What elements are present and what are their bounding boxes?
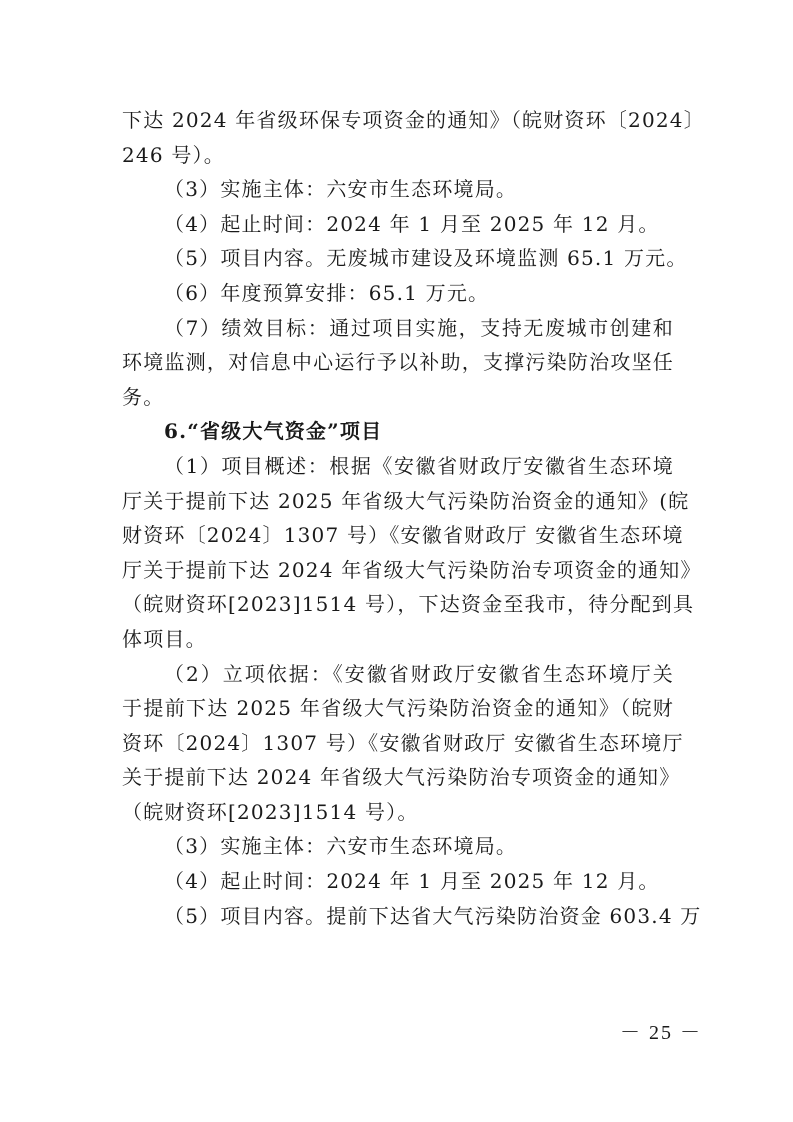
text-line: （2）立项依据：《安徽省财政厅安徽省生态环境厅关 — [122, 657, 674, 692]
page-number: － 25 － — [620, 1016, 702, 1045]
text-line: 环境监测，对信息中心运行予以补助，支撑污染防治攻坚任 — [122, 345, 674, 380]
text-line: 财资环〔2024〕1307 号）《安徽省财政厅 安徽省生态环境 — [122, 518, 674, 553]
text-line: 于提前下达 2025 年省级大气污染防治资金的通知》（皖财 — [122, 691, 674, 726]
text-line: 关于提前下达 2024 年省级大气污染防治专项资金的通知》 — [122, 760, 674, 795]
text-line: （6）年度预算安排：65.1 万元。 — [122, 276, 674, 311]
text-line: （皖财资环[2023]1514 号），下达资金至我市，待分配到具 — [122, 587, 674, 622]
text-line: （4）起止时间：2024 年 1 月至 2025 年 12 月。 — [122, 207, 674, 242]
text-line: 体项目。 — [122, 622, 674, 657]
text-line: （1）项目概述：根据《安徽省财政厅安徽省生态环境 — [122, 449, 674, 484]
text-line: （7）绩效目标：通过项目实施，支持无废城市创建和 — [122, 311, 674, 346]
text-line: 厅关于提前下达 2024 年省级大气污染防治专项资金的通知》 — [122, 553, 674, 588]
text-line: （5）项目内容。无废城市建设及环境监测 65.1 万元。 — [122, 241, 674, 276]
text-line: 厅关于提前下达 2025 年省级大气污染防治资金的通知》(皖 — [122, 484, 674, 519]
text-line: （3）实施主体：六安市生态环境局。 — [122, 829, 674, 864]
text-line: （3）实施主体：六安市生态环境局。 — [122, 172, 674, 207]
section-heading: 6.“省级大气资金”项目 — [122, 414, 674, 449]
document-page: 下达 2024 年省级环保专项资金的通知》（皖财资环〔2024〕 246 号）。… — [0, 0, 793, 1122]
text-line: （皖财资环[2023]1514 号）。 — [122, 795, 674, 830]
text-line: 下达 2024 年省级环保专项资金的通知》（皖财资环〔2024〕 — [122, 103, 674, 138]
text-line: 务。 — [122, 380, 674, 415]
body-text: 下达 2024 年省级环保专项资金的通知》（皖财资环〔2024〕 246 号）。… — [122, 103, 674, 933]
text-line: （4）起止时间：2024 年 1 月至 2025 年 12 月。 — [122, 864, 674, 899]
text-line: （5）项目内容。提前下达省大气污染防治资金 603.4 万 — [122, 899, 674, 934]
text-line: 246 号）。 — [122, 138, 674, 173]
text-line: 资环〔2024〕1307 号）《安徽省财政厅 安徽省生态环境厅 — [122, 726, 674, 761]
